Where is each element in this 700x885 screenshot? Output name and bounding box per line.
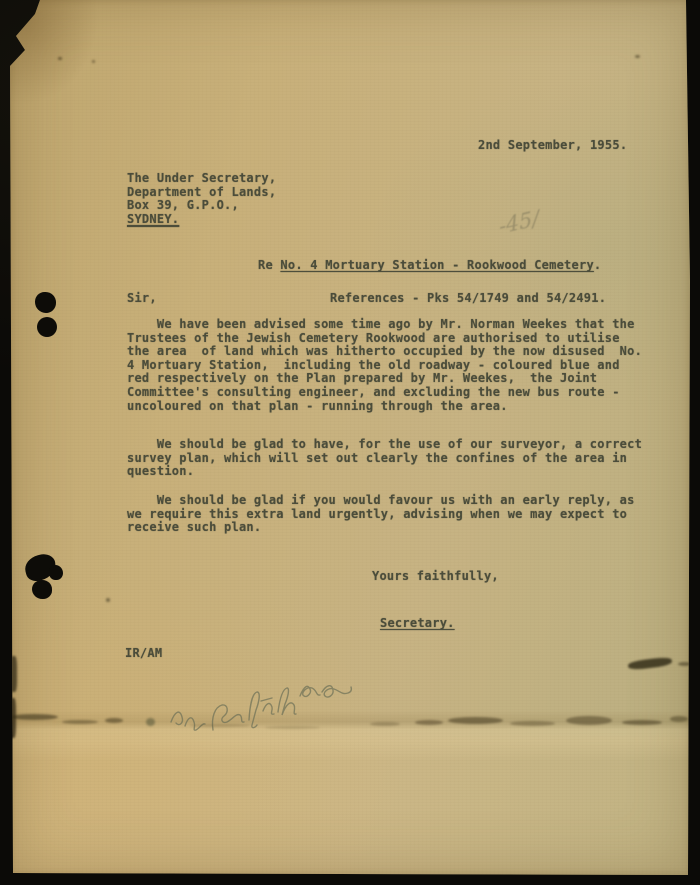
ink-blot [49,565,63,580]
crease-smudge [62,720,98,724]
complimentary-close: Yours faithfully, [372,570,499,584]
paper-speck [58,57,62,60]
crease-smudge [146,718,155,726]
crease-smudge [448,717,503,724]
recipient-city: SYDNEY. [127,213,179,227]
edge-stain [628,656,673,670]
ink-blot [32,580,52,599]
paper-speck [92,60,95,63]
letter-page: 2nd September, 1955. -45/ The Under Secr… [10,0,690,875]
crease-smudge [370,722,400,726]
recipient-address: The Under Secretary, Department of Lands… [127,172,276,213]
crease-smudge [265,726,320,729]
body-paragraph-1: We have been advised some time ago by Mr… [127,318,642,413]
subject-text: No. 4 Mortuary Station - Rookwood Cemete… [280,258,594,272]
subject-period: . [594,258,601,272]
crease-smudge [10,714,58,720]
signature-title: Secretary. [380,617,455,631]
scan-background: 2nd September, 1955. -45/ The Under Secr… [0,0,700,885]
subject-prefix: Re [258,258,280,272]
handwritten-signature [165,670,360,740]
ink-blot [37,317,57,337]
crease-smudge [670,716,688,722]
edge-stain [678,662,691,666]
body-paragraph-3: We should be glad if you would favour us… [127,494,635,535]
paper-speck [635,55,640,58]
salutation: Sir, [127,292,157,306]
paper-speck [106,598,110,602]
reference-line: References - Pks 54/1749 and 54/2491. [330,292,606,306]
crease-smudge [415,720,443,725]
pencil-annotation: -45/ [498,195,588,239]
date-line: 2nd September, 1955. [478,139,627,153]
crease-smudge [622,720,662,725]
edge-stain [10,656,17,692]
ink-blot [35,292,56,313]
typist-initials: IR/AM [125,647,162,661]
body-paragraph-2: We should be glad to have, for the use o… [127,438,642,479]
crease-smudge [105,718,123,723]
crease-smudge [190,724,250,727]
crease-smudge [566,716,612,725]
crease-smudge [510,721,555,726]
subject-line: Re No. 4 Mortuary Station - Rookwood Cem… [258,259,601,273]
